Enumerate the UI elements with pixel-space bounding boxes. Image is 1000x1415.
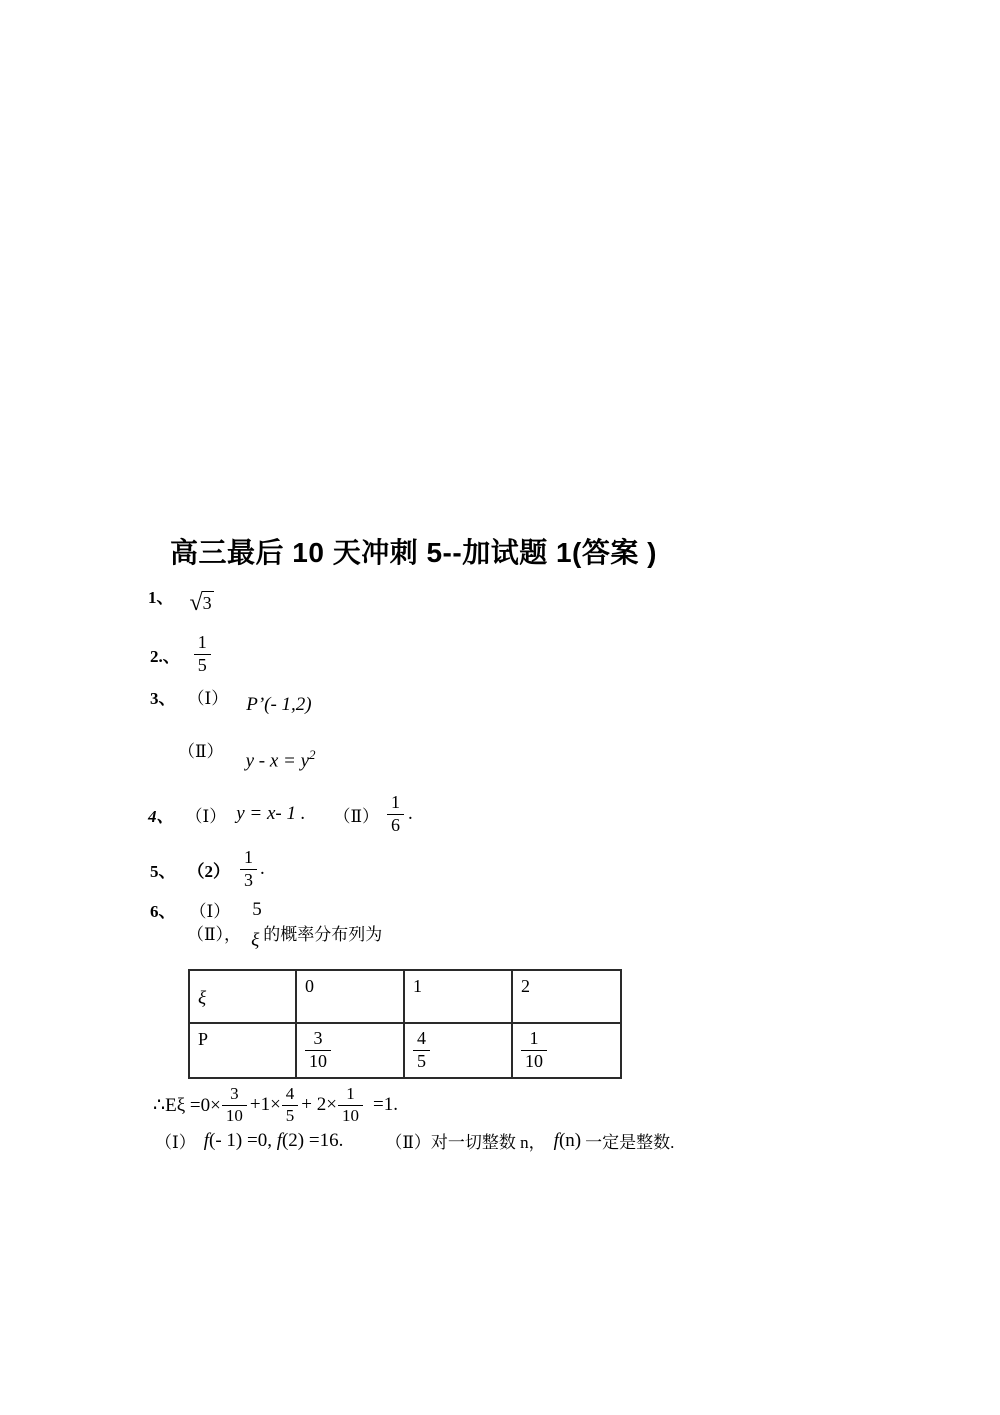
denominator: 10 <box>222 1106 247 1126</box>
table-cell-value-1: 1 <box>404 970 512 1023</box>
numerator: 1 <box>387 793 404 815</box>
answer-value: 5 <box>252 899 262 921</box>
part-label: （Ⅱ） <box>333 802 379 827</box>
part-label: （Ⅰ） <box>155 1128 196 1153</box>
equation-prefix: ∴Eξ =0× <box>153 1094 221 1117</box>
fraction: 1 6 <box>387 793 404 836</box>
fraction: 1 10 <box>521 1029 547 1072</box>
operator: + 2× <box>301 1094 337 1116</box>
operator: +1× <box>250 1094 281 1116</box>
part-label: （Ⅰ） <box>188 684 229 709</box>
exponent: 2 <box>309 747 316 762</box>
numerator: 1 <box>521 1029 547 1051</box>
question-number: 6、 <box>150 897 176 922</box>
fraction: 4 5 <box>282 1085 299 1125</box>
denominator: 10 <box>305 1051 331 1072</box>
numerator: 4 <box>413 1029 430 1051</box>
denominator: 5 <box>413 1051 430 1072</box>
numerator: 3 <box>222 1085 247 1106</box>
table-row-xi: ξ 0 1 2 <box>189 970 621 1023</box>
question-number: 5、 <box>150 857 176 882</box>
denominator: 10 <box>338 1106 363 1126</box>
statement-text: 一定是整数. <box>585 1128 674 1153</box>
question-number: 3、 <box>150 684 176 709</box>
answer-line-4: 4、 （Ⅰ） y = x- 1 . （Ⅱ） 1 6 . <box>148 793 413 835</box>
period: . <box>260 858 265 880</box>
numerator: 1 <box>338 1085 363 1106</box>
answer-line-3a: 3、 （Ⅰ） P’(- 1,2) <box>150 684 312 709</box>
numerator: 1 <box>194 633 211 655</box>
value-text: (- 1) =0, <box>209 1130 277 1151</box>
page-title: 高三最后 10 天冲刺 5--加试题 1(答案 ) <box>170 531 657 571</box>
table-cell-prob-1: 4 5 <box>404 1023 512 1078</box>
final-answer-line: （Ⅰ） f(- 1) =0, f(2) =16. （Ⅱ） 对一切整数 n， f(… <box>155 1128 674 1153</box>
equation-result: =1. <box>373 1094 398 1116</box>
equation-body: y - x = y <box>246 750 309 771</box>
table-cell-value-0: 0 <box>296 970 404 1023</box>
fraction: 1 10 <box>338 1085 363 1125</box>
denominator: 5 <box>194 655 211 676</box>
fraction: 1 3 <box>240 848 257 891</box>
table-cell-prob-0: 3 10 <box>296 1023 404 1078</box>
expected-value-equation: ∴Eξ =0× 3 10 +1× 4 5 + 2× 1 10 =1. <box>153 1082 398 1128</box>
document-page: 高三最后 10 天冲刺 5--加试题 1(答案 ) 1、 √ 3 2.、 1 5… <box>0 0 1000 1415</box>
answer-line-5: 5、 （2） 1 3 . <box>150 846 265 892</box>
part-label: （Ⅱ）， <box>187 920 241 945</box>
part-label: （Ⅰ） <box>186 802 227 827</box>
question-number: 4、 <box>148 802 174 827</box>
answer-line-6b: （Ⅱ）， ξ 的概率分布列为 <box>187 920 382 945</box>
question-number: 2.、 <box>150 642 180 667</box>
fraction: 4 5 <box>413 1029 430 1072</box>
part-label: （Ⅱ） <box>178 737 224 762</box>
fraction: 3 10 <box>305 1029 331 1072</box>
table-cell-value-2: 2 <box>512 970 621 1023</box>
math-answer: f(- 1) =0, f(2) =16. <box>204 1130 344 1152</box>
numerator: 1 <box>240 848 257 870</box>
numerator: 4 <box>282 1085 299 1106</box>
answer-line-3b: （Ⅱ） y - x = y2 <box>178 737 316 762</box>
math-answer: P’(- 1,2) <box>246 694 311 716</box>
table-cell-prob-2: 1 10 <box>512 1023 621 1078</box>
sub-part-label: （2） <box>188 857 231 882</box>
value-text: (2) =16. <box>282 1130 343 1151</box>
sqrt-expression: √ 3 <box>190 591 214 615</box>
denominator: 10 <box>521 1051 547 1072</box>
distribution-caption: 的概率分布列为 <box>263 920 382 945</box>
statement-text: 对一切整数 n， <box>431 1128 546 1153</box>
answer-line-2: 2.、 1 5 <box>150 630 211 678</box>
numerator: 3 <box>305 1029 331 1051</box>
part-label: （Ⅰ） <box>190 897 231 922</box>
probability-distribution-table: ξ 0 1 2 P 3 10 4 5 1 10 <box>188 969 622 1079</box>
part-label: （Ⅱ） <box>385 1128 431 1153</box>
math-answer: y = x- 1 . <box>236 803 305 825</box>
table-cell-xi-header: ξ <box>189 970 296 1023</box>
denominator: 3 <box>240 870 257 891</box>
math-expression: f(n) <box>554 1130 581 1152</box>
xi-symbol: ξ <box>251 930 259 952</box>
math-answer: y - x = y2 <box>246 747 316 772</box>
denominator: 6 <box>387 815 404 836</box>
answer-line-6a: 6、 （Ⅰ） 5 <box>150 897 262 922</box>
answer-line-1: 1、 √ 3 <box>148 583 214 615</box>
denominator: 5 <box>282 1106 299 1126</box>
argument: (n) <box>559 1130 581 1151</box>
table-row-p: P 3 10 4 5 1 10 <box>189 1023 621 1078</box>
radicand: 3 <box>202 591 214 614</box>
question-number: 1、 <box>148 583 174 608</box>
fraction: 3 10 <box>222 1085 247 1125</box>
table-cell-p-header: P <box>189 1023 296 1078</box>
period: . <box>408 803 413 825</box>
fraction: 1 5 <box>194 633 211 676</box>
